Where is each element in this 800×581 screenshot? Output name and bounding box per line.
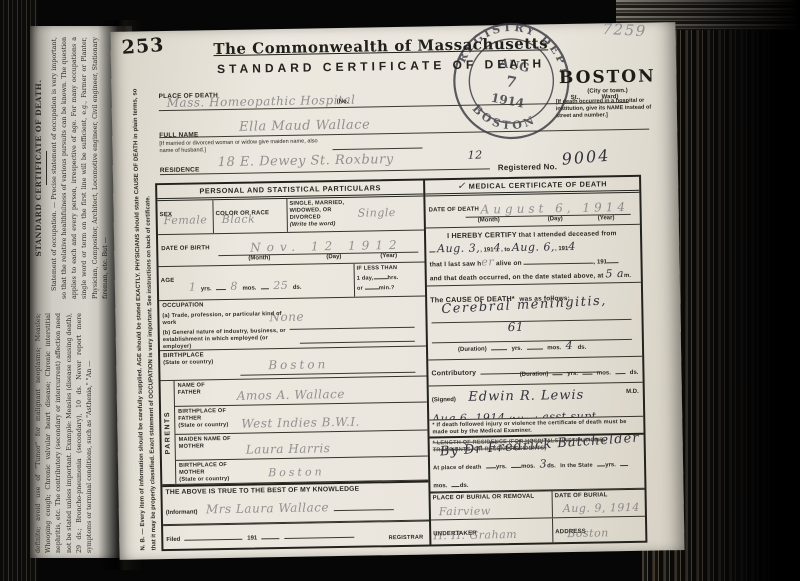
residence-label: RESIDENCE (160, 166, 200, 174)
contrib-ds-caption: ds. (630, 370, 639, 376)
registered-no-label: Registered No. (498, 162, 557, 172)
pencil-check: ✓ (457, 181, 466, 192)
if-less-than-field: IF LESS THAN 1 day,hrs. or min.? (355, 263, 426, 297)
certify-bold: I HEREBY CERTIFY (447, 230, 517, 240)
hrs-caption: hrs. (387, 275, 398, 281)
sex-color-marital-row: SEX Female COLOR OR RACE Black SINGLE, M… (157, 197, 424, 236)
year-print-1: , 191 (480, 247, 493, 253)
blank-line (333, 504, 393, 512)
marital-value: Single (358, 207, 396, 219)
filed-year-prefix: 191 (247, 535, 257, 541)
contributory-label: Contributory (431, 370, 476, 378)
blank-line (553, 368, 563, 375)
undertaker-value: H. H. Graham (433, 529, 517, 541)
duration-mos-caption: mos. (547, 345, 561, 351)
occupation-label: OCCUPATION (162, 299, 422, 311)
at-place-of-death-label: At place of death (433, 465, 482, 472)
contrib-duration-caption: (Duration) (520, 371, 549, 377)
certify-section: I HEREBY CERTIFY that I attended decease… (426, 225, 641, 287)
truth-statement: THE ABOVE IS TRUE TO THE BEST OF MY KNOW… (165, 485, 425, 498)
blank-line (365, 282, 379, 289)
residence-ward-number: 12 (468, 149, 483, 160)
filed-label: Filed (166, 537, 180, 543)
year-print-3: , 191 (594, 259, 607, 265)
residence-line: RESIDENCE 18 E. Dewey St. Roxbury 12 (160, 153, 490, 175)
parents-section: PARENTS NAME OF FATHER Amos A. Wallace B… (161, 377, 429, 486)
date-of-burial-label: DATE OF BURIAL (555, 492, 643, 501)
registered-no-value: 9004 (561, 148, 611, 168)
age-years-value: 1 (189, 281, 197, 294)
book-scan: STANDARD CERTIFICATE OF DEATH. Statement… (0, 0, 800, 581)
full-name-value: Ella Maud Wallace (239, 118, 370, 133)
month-caption: (Month) (478, 217, 500, 225)
meridiem-caption: m. (624, 273, 631, 279)
st-caption: St., (571, 95, 580, 102)
physician-signature: Edwin R. Lewis (468, 388, 584, 405)
blank-line (332, 142, 422, 151)
mother-name-label: MAIDEN NAME OF MOTHER (179, 436, 237, 451)
informant-value: Mrs Laura Wallace (206, 501, 329, 517)
state-mos-caption: mos. (433, 483, 447, 489)
blank-line (284, 531, 354, 539)
state-yrs-caption: yrs. (605, 462, 616, 468)
burial-row: PLACE OF BURIAL OR REMOVAL Fairview DATE… (431, 489, 645, 521)
personal-particulars-column: PERSONAL AND STATISTICAL PARTICULARS SEX… (157, 181, 431, 550)
death-occurred-text: and that death occurred, on the date sta… (430, 272, 604, 282)
medical-certificate-title: MEDICAL CERTIFICATE OF DEATH (469, 179, 608, 190)
age-days-value: 25 (273, 279, 288, 292)
alive-on-text: alive on (496, 260, 522, 267)
blank-line (486, 461, 496, 468)
duration-yrs-caption: yrs. (512, 346, 523, 352)
full-name-label: FULL NAME (159, 131, 198, 139)
no-caption: (No. (337, 99, 349, 106)
marital-field: SINGLE, MARRIED, WIDOWED, OR DIVORCED (W… (287, 197, 424, 232)
yrs-caption: yrs. (201, 286, 212, 292)
mos-caption: mos. (242, 285, 256, 291)
year-caption: (Year) (598, 215, 615, 222)
state-ds-caption: ds. (460, 483, 469, 489)
blank-line (429, 245, 435, 252)
undertaker-address-field: ADDRESS Boston (553, 517, 645, 543)
blank-line (582, 368, 592, 375)
father-birthplace-label: BIRTHPLACE OF FATHER (178, 408, 236, 423)
attended-from-year: 4 (493, 241, 501, 254)
father-birthplace-row: BIRTHPLACE OF FATHER (State or country) … (175, 403, 427, 435)
signature-section: (Signed) Edwin R. Lewis M.D. Aug 6, 1914… (429, 383, 644, 421)
duration-ds-caption: ds. (578, 345, 587, 351)
month-caption: (Month) (248, 255, 270, 263)
day-caption: (Day) (326, 254, 341, 261)
full-name-note: [If married or divorced woman or widow g… (159, 138, 329, 155)
informant-section: THE ABOVE IS TRUE TO THE BEST OF MY KNOW… (162, 480, 429, 525)
age-months-value: 8 (230, 280, 238, 293)
heading-rule (46, 151, 47, 185)
birthplace-row: BIRTHPLACE (State or country) Boston (160, 347, 426, 382)
to-word: , to (501, 247, 510, 253)
date-of-burial-field: DATE OF BURIAL Aug. 9, 1914 (553, 490, 645, 518)
length-of-residence-section: * LENGTH OF RESIDENCE (FOR HOSPITALS, IN… (430, 435, 645, 493)
occupation-row: OCCUPATION (a) Trade, profession, or par… (159, 297, 426, 352)
blank-line (373, 272, 387, 279)
occupation-b-label: (b) General nature of industry, business… (163, 328, 293, 351)
father-name-label: NAME OF FATHER (178, 382, 228, 397)
filed-row: Filed 191 REGISTRAR (163, 520, 429, 549)
day-caption: (Day) (548, 216, 563, 223)
blank-line (607, 256, 619, 263)
cause-of-death-section: The CAUSE OF DEATH* was as follows: Cere… (427, 283, 642, 361)
undertaker-address-value: Boston (567, 527, 609, 539)
undertaker-field: UNDERTAKER H. H. Graham (431, 518, 553, 544)
facing-page-heading: STANDARD CERTIFICATE OF DEATH. (34, 37, 44, 299)
date-of-death-row: DATE OF DEATH August 6, 1914 (Month) (Da… (425, 193, 640, 229)
certificate-number: 253 (121, 36, 165, 58)
blank-line (527, 342, 543, 349)
blank-line (615, 367, 625, 374)
blank-line (597, 459, 605, 466)
undertaker-row: UNDERTAKER H. H. Graham ADDRESS Boston (431, 517, 645, 545)
registrar-label: REGISTRAR (389, 535, 424, 543)
contributory-section: Contributory (Secondary) (Duration) yrs.… (428, 357, 642, 387)
blank-line (290, 321, 415, 330)
place-of-death-value: Mass. Homeopathic Hospital (167, 94, 356, 109)
duration-days-value: 4 (566, 339, 574, 352)
place-of-burial-field: PLACE OF BURIAL OR REMOVAL Fairview (431, 491, 553, 519)
pencil-number: 7259 (602, 22, 647, 39)
last-saw-pronoun: er (481, 255, 494, 268)
or-caption: or (357, 286, 363, 292)
blank-line (216, 283, 226, 290)
age-label: AGE (161, 278, 175, 284)
res-mos-caption: mos. (521, 464, 535, 470)
mother-birthplace-label: BIRTHPLACE OF MOTHER (179, 462, 237, 477)
marital-label: SINGLE, MARRIED, WIDOWED, OR DIVORCED (289, 200, 351, 222)
blank-line (524, 257, 594, 265)
blank-line (300, 335, 415, 344)
full-name-line: FULL NAME Ella Maud Wallace (159, 116, 649, 139)
blank-line (491, 343, 507, 350)
blank-line (261, 282, 269, 289)
contrib-mos-caption: mos. (597, 370, 611, 376)
md-caption: M.D. (626, 389, 639, 396)
marital-sub: (Write the word) (290, 220, 422, 229)
blank-line (620, 459, 628, 466)
color-value: Black (222, 213, 256, 225)
death-time-value: 5 a (605, 267, 624, 280)
father-name-value: Amos A. Wallace (237, 388, 345, 402)
ds-caption: ds. (293, 285, 302, 291)
ward-caption: Ward) (602, 94, 619, 101)
year-caption: (Year) (380, 253, 397, 260)
occupation-a-label: (a) Trade, profession, or particular kin… (162, 311, 282, 327)
date-of-birth-row: DATE OF BIRTH Nov. 12 1912 (Month) (Day)… (158, 231, 425, 268)
parents-label: PARENTS (164, 411, 172, 455)
age-field: AGE 1 yrs. 8 mos. 25 ds. (159, 264, 356, 300)
registered-no-block: Registered No. 9004 (498, 156, 558, 175)
residence-value: 18 E. Dewey St. Roxbury (218, 153, 394, 169)
duration-caption: (Duration) (458, 346, 487, 352)
informant-caption: (Informant) (166, 510, 198, 517)
res-ds-caption: ds. (547, 463, 556, 469)
occupation-a-value: None (269, 311, 304, 324)
death-certificate-page: 253 N. B. — Every item of information sh… (110, 22, 684, 560)
sex-field: SEX Female (157, 200, 214, 234)
res-yrs-caption: yrs. (496, 464, 507, 470)
blank-line (262, 532, 280, 539)
signed-caption: (Signed) (432, 397, 456, 403)
cause-code-value: 61 (508, 321, 524, 333)
place-of-burial-value: Fairview (439, 505, 491, 517)
attended-to-value: Aug. 6, (512, 240, 555, 254)
certificate-form-table: PERSONAL AND STATISTICAL PARTICULARS SEX… (155, 175, 647, 551)
contrib-yrs-caption: yrs. (567, 371, 578, 377)
age-row: AGE 1 yrs. 8 mos. 25 ds. (159, 263, 426, 302)
last-saw-text: that I last saw h (429, 261, 481, 269)
year-print-2: , 191 (555, 246, 568, 252)
date-of-birth-label: DATE OF BIRTH (161, 245, 210, 252)
blank-line (511, 461, 521, 468)
place-of-burial-label: PLACE OF BURIAL OR REMOVAL (433, 493, 550, 502)
city-name: BOSTON (549, 68, 665, 87)
certify-text-1: that I attended deceased from (519, 230, 617, 239)
res-days-value: 3 (539, 457, 547, 470)
facing-page-paragraph-2: definite; avoid use of "Tumor" for malig… (34, 313, 95, 553)
sex-value: Female (164, 214, 208, 226)
father-birthplace-value: West Indies B.W.I. (241, 416, 360, 430)
blank-line (240, 366, 415, 376)
date-of-burial-value: Aug. 9, 1914 (563, 502, 640, 514)
min-caption: min.? (379, 285, 395, 291)
one-day-label: 1 day, (357, 275, 374, 281)
attended-from-value: Aug. 3, (437, 242, 480, 256)
in-the-state-label: In the State (560, 463, 593, 470)
color-field: COLOR OR RACE Black (213, 199, 288, 233)
mother-birthplace-value: Boston (268, 466, 325, 478)
mother-name-value: Laura Harris (246, 442, 331, 455)
attended-to-year: 4 (568, 240, 576, 253)
medical-certificate-column: ✓ MEDICAL CERTIFICATE OF DEATH DATE OF D… (425, 177, 645, 545)
blank-line (185, 533, 243, 541)
